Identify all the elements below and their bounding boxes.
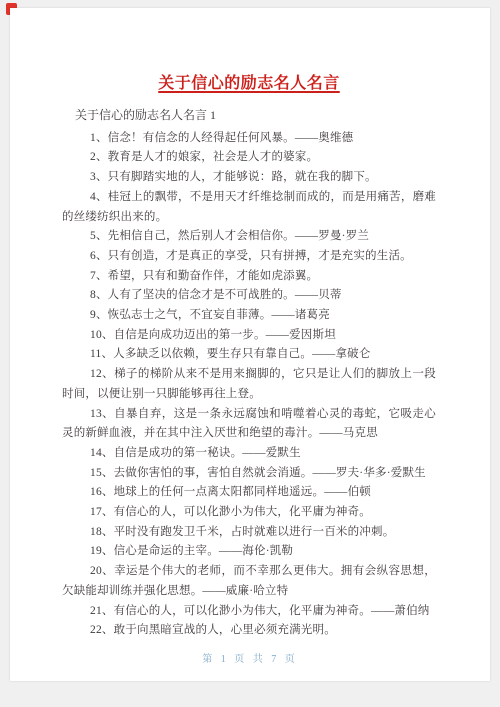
quote-item: 7、希望，只有和勤奋作伴，才能如虎添翼。 [62,267,436,287]
quote-item: 16、地球上的任何一点离太阳都同样地遥远。——伯顿 [62,483,436,503]
document-title: 关于信心的励志名人名言 [62,70,436,93]
quote-item: 19、信心是命运的主宰。——海伦·凯勒 [62,542,436,562]
quote-item: 13、自暴自弃，这是一条永远腐蚀和啃噬着心灵的毒蛇，它吸走心灵的新鲜血液，并在其… [62,405,436,444]
quote-item: 22、敢于向黑暗宣战的人，心里必须充满光明。 [62,621,436,641]
quote-item: 15、去做你害怕的事，害怕自然就会消遁。——罗夫·华多·爱默生 [62,464,436,484]
quote-item: 10、自信是向成功迈出的第一步。——爱因斯坦 [62,326,436,346]
document-page: 关于信心的励志名人名言 关于信心的励志名人名言 1 1、信念！有信念的人经得起任… [10,8,490,681]
quote-item: 4、桂冠上的飘带，不是用天才纤维捻制而成的，而是用痛苦，磨难的丝缕纺织出来的。 [62,188,436,227]
page-number: 第 1 页 共 7 页 [10,650,490,665]
quote-item: 2、教育是人才的娘家，社会是人才的婆家。 [62,148,436,168]
quote-item: 14、自信是成功的第一秘诀。——爱默生 [62,444,436,464]
quote-item: 11、人多缺乏以依赖，要生存只有靠自己。——拿破仑 [62,345,436,365]
quote-item: 5、先相信自己，然后别人才会相信你。——罗曼·罗兰 [62,227,436,247]
quote-item: 18、平时没有跑发卫千米，占时就难以进行一百米的冲刺。 [62,523,436,543]
quote-item: 1、信念！有信念的人经得起任何风暴。——奥维德 [62,129,436,149]
quote-item: 8、人有了坚决的信念才是不可战胜的。——贝蒂 [62,286,436,306]
document-body: 关于信心的励志名人名言 关于信心的励志名人名言 1 1、信念！有信念的人经得起任… [10,8,490,641]
quote-list: 1、信念！有信念的人经得起任何风暴。——奥维德2、教育是人才的娘家，社会是人才的… [62,129,436,641]
app-background: 关于信心的励志名人名言 关于信心的励志名人名言 1 1、信念！有信念的人经得起任… [0,0,500,707]
quote-item: 3、只有脚踏实地的人，才能够说：路，就在我的脚下。 [62,168,436,188]
quote-item: 21、有信心的人，可以化渺小为伟大，化平庸为神奇。——萧伯纳 [62,602,436,622]
quote-item: 6、只有创造，才是真正的享受，只有拼搏，才是充实的生活。 [62,247,436,267]
quote-item: 9、恢弘志士之气，不宜妄自菲薄。——诸葛亮 [62,306,436,326]
section-heading: 关于信心的励志名人名言 1 [75,106,436,126]
quote-item: 20、幸运是个伟大的老师，而不幸那么更伟大。拥有会纵容思想，欠缺能却训练并强化思… [62,562,436,601]
quote-item: 17、有信心的人，可以化渺小为伟大，化平庸为神奇。 [62,503,436,523]
quote-item: 12、梯子的梯阶从来不是用来搁脚的，它只是让人们的脚放上一段时间，以便让别一只脚… [62,365,436,404]
